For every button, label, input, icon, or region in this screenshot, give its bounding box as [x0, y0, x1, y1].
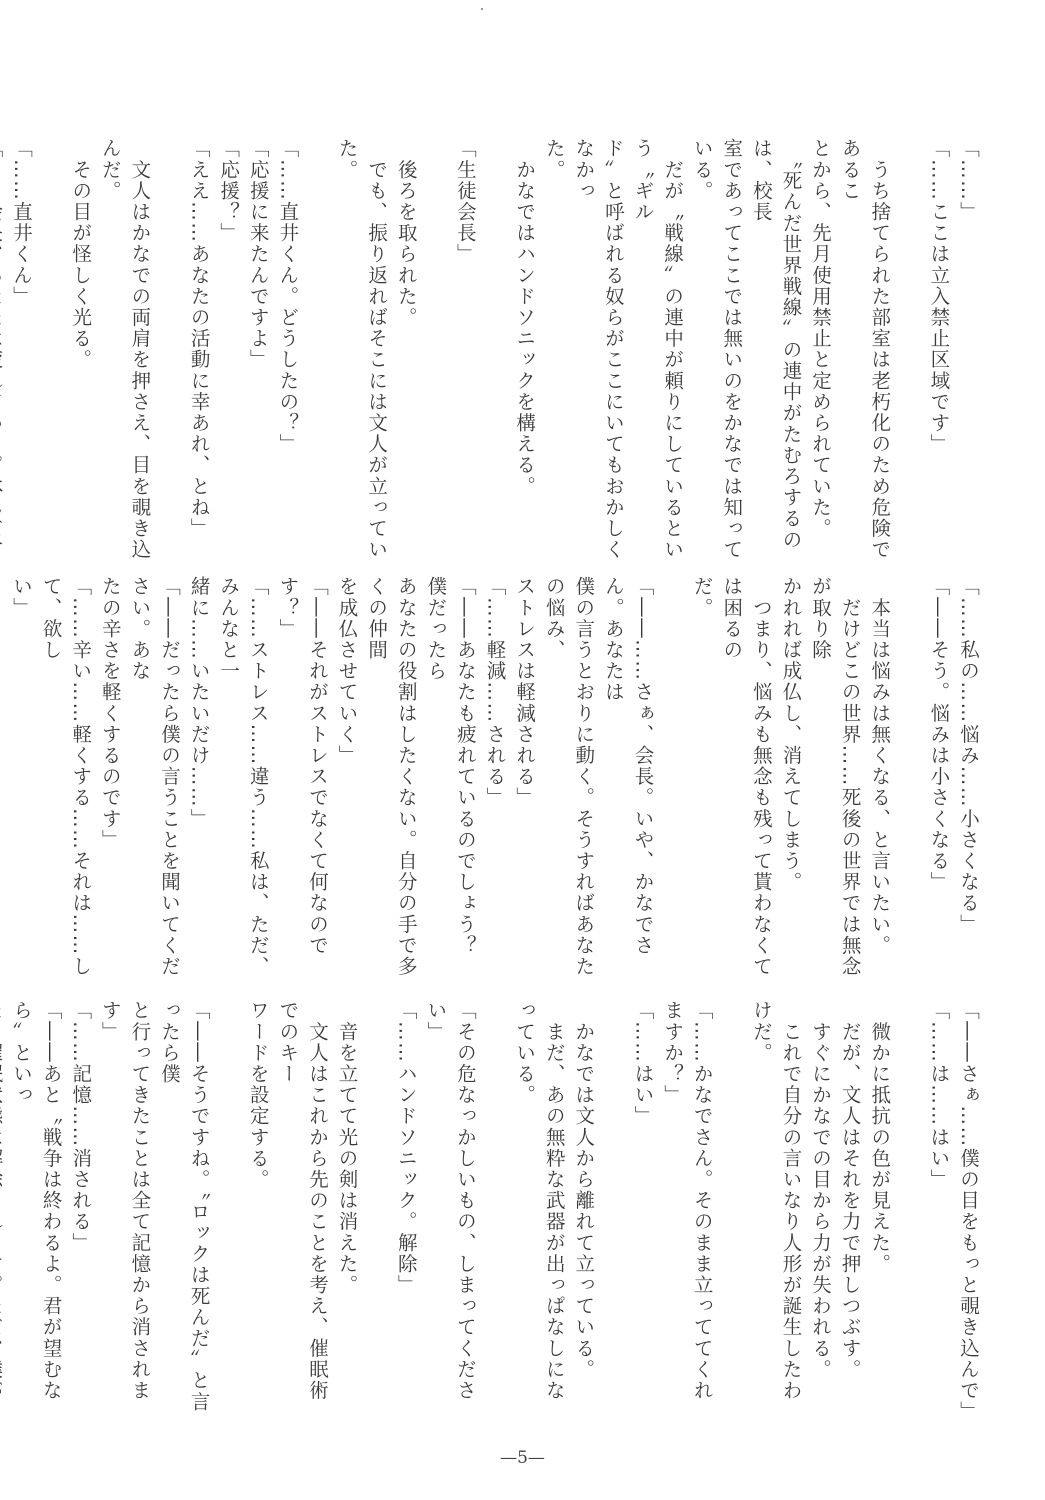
text-line: 「――だったら僕の言うことを聞いてください。あな [125, 576, 184, 996]
text-line: 本当は悩みは無くなる、と言いたい。 [865, 576, 895, 996]
paragraph-gap [598, 1000, 628, 1420]
text-line: 「応援に来たんですよ」 [243, 138, 273, 570]
paragraph-gap [36, 138, 66, 570]
paragraph-gap [154, 138, 184, 570]
text-line: その目が怪しく光る。 [66, 138, 96, 570]
text-line: かなでは文人から離れて立っている。 [569, 1000, 599, 1420]
text-line: 僕の言うとおりに動く。そうすればあなたの悩み、 [539, 576, 598, 996]
text-line: ワードを設定する。 [243, 1000, 273, 1420]
text-line: 室であってここでは無いのをかなでは知っている。 [687, 138, 746, 570]
page-number: —5— [0, 1448, 1045, 1468]
text-line: 「――あなたも疲れているのでしょう？ 僕だったら [421, 576, 480, 996]
text-line: 「応援？」 [214, 138, 244, 570]
text-line: 「――……さぁ、会長。いや、かなでさん。あなたは [598, 576, 657, 996]
text-line: 「……直井くん。どうしたの？」 [273, 138, 303, 570]
paragraph-gap [362, 1000, 392, 1420]
text-line: これで自分の言いなり人形が誕生したわけだ。 [746, 1000, 805, 1420]
text-line: 「生徒会長」 [450, 138, 480, 570]
text-line: と行ってきたことは全て記憶から消されます」 [95, 1000, 154, 1420]
text-line: 「……私の……悩み……小さくなる」 [953, 576, 983, 996]
text-line: 「……ハンドソニック。解除」 [391, 1000, 421, 1420]
paragraph-gap [717, 1000, 747, 1420]
text-line: 「……記憶……消される」 [66, 1000, 96, 1420]
text-line: でも、振り返ればそこには文人が立っていた。 [332, 138, 391, 570]
text-band-top: 「……」「……ここは立入禁止区域です」 うち捨てられた部室は老朽化のため危険であ… [83, 138, 983, 570]
paragraph-gap [214, 1000, 244, 1420]
paragraph-gap [480, 138, 510, 570]
text-line: 文人はこれから先のことを考え、催眠術でのキー [273, 1000, 332, 1420]
text-line: を成仏させていく」 [332, 576, 362, 996]
text-line: すぐにかなでの目から力が失われる。 [805, 1000, 835, 1420]
paragraph-gap [480, 1000, 510, 1420]
text-line: 「その危なっかしいもの、しまってください」 [421, 1000, 480, 1420]
text-line: 「……軽減……される」 [480, 576, 510, 996]
text-line: 「――それがストレスでなくて何なのです？」 [273, 576, 332, 996]
text-line: 〝死んだ世界戦線〟の連中がたむろするのは、校長 [746, 138, 805, 570]
text-line: まだ、あの無粋な武器が出っぱなしになっている。 [510, 1000, 569, 1420]
paragraph-gap [302, 138, 332, 570]
text-line: たの辛さを軽くするのです」 [95, 576, 125, 996]
text-line: 文人はかなでの両肩を押さえ、目を覗き込んだ。 [95, 138, 154, 570]
text-line: 「……はい」 [628, 1000, 658, 1420]
paragraph-gap [0, 576, 6, 996]
text-line: ストレスは軽減される」 [510, 576, 540, 996]
text-line: 音を立てて光の剣は消えた。 [332, 1000, 362, 1420]
text-line: 「……は……はい」 [924, 1000, 954, 1420]
text-line: だが〝戦線〟の連中が頼りにしているという〝ギル [628, 138, 687, 570]
text-line: あなたの役割はしたくない。自分の手で多くの仲間 [362, 576, 421, 996]
scan-dot [481, 8, 483, 10]
text-line: 「……ここは立入禁止区域です」 [924, 138, 954, 570]
text-line: たら催眠状態は解除されます。ただ、僕が指を鳴ら [0, 1000, 6, 1420]
text-line: 「……かなでさん。そのまま立っててくれますか？」 [657, 1000, 716, 1420]
text-line: かなではハンドソニックを構える。 [510, 138, 540, 570]
text-line: だけどこの世界……死後の世界では無念が取り除 [805, 576, 864, 996]
paragraph-gap [421, 138, 451, 570]
paragraph-gap [894, 138, 924, 570]
text-line: 「――あと〝戦争は終わるよ。君が望むなら〟といっ [6, 1000, 65, 1420]
text-line: 「――そうですね。〝ロックは死んだ〟と言ったら僕 [154, 1000, 213, 1420]
text-line: 「……辛い……軽くする……それは……して、欲し [36, 576, 95, 996]
text-line: 「……ストレス……違う……私は、ただ、みんなと一 [214, 576, 273, 996]
paragraph-gap [894, 576, 924, 996]
text-band-middle: 「……私の……悩み……小さくなる」「――そう。悩みは小さくなる」 本当は悩みは無… [83, 576, 983, 996]
paragraph-gap [657, 576, 687, 996]
text-line: かれれば成仏し、消えてしまう。 [776, 576, 806, 996]
text-line: た。 [539, 138, 569, 570]
text-line: 「――会長、あなたは疲れている。休んだ方がいい」 [0, 138, 6, 570]
text-line: 後ろを取られた。 [391, 138, 421, 570]
text-line: い」 [6, 576, 36, 996]
text-line: だ。 [687, 576, 717, 996]
text-band-bottom: 「――さぁ……僕の目をもっと覗き込んで」「……は……はい」 微かに抵抗の色が見え… [83, 1000, 983, 1420]
text-line: だが、文人はそれを力で押しつぶす。 [835, 1000, 865, 1420]
text-line: うち捨てられた部室は老朽化のため危険であるこ [835, 138, 894, 570]
text-line: とから、先月使用禁止と定められていた。 [805, 138, 835, 570]
text-line: 「……直井くん」 [6, 138, 36, 570]
text-line: ド〟と呼ばれる奴らがここにいてもおかしくなかっ [569, 138, 628, 570]
text-line: つまり、悩みも無念も残って貰わなくては困るの [717, 576, 776, 996]
text-line: 「ええ……あなたの活動に幸あれ、とね」 [184, 138, 214, 570]
text-line: 微かに抵抗の色が見えた。 [865, 1000, 895, 1420]
text-line: 「……」 [953, 138, 983, 570]
paragraph-gap [894, 1000, 924, 1420]
text-line: 「――そう。悩みは小さくなる」 [924, 576, 954, 996]
text-line: 「――さぁ……僕の目をもっと覗き込んで」 [953, 1000, 983, 1420]
text-line: 緒に……いたいだけ……」 [184, 576, 214, 996]
